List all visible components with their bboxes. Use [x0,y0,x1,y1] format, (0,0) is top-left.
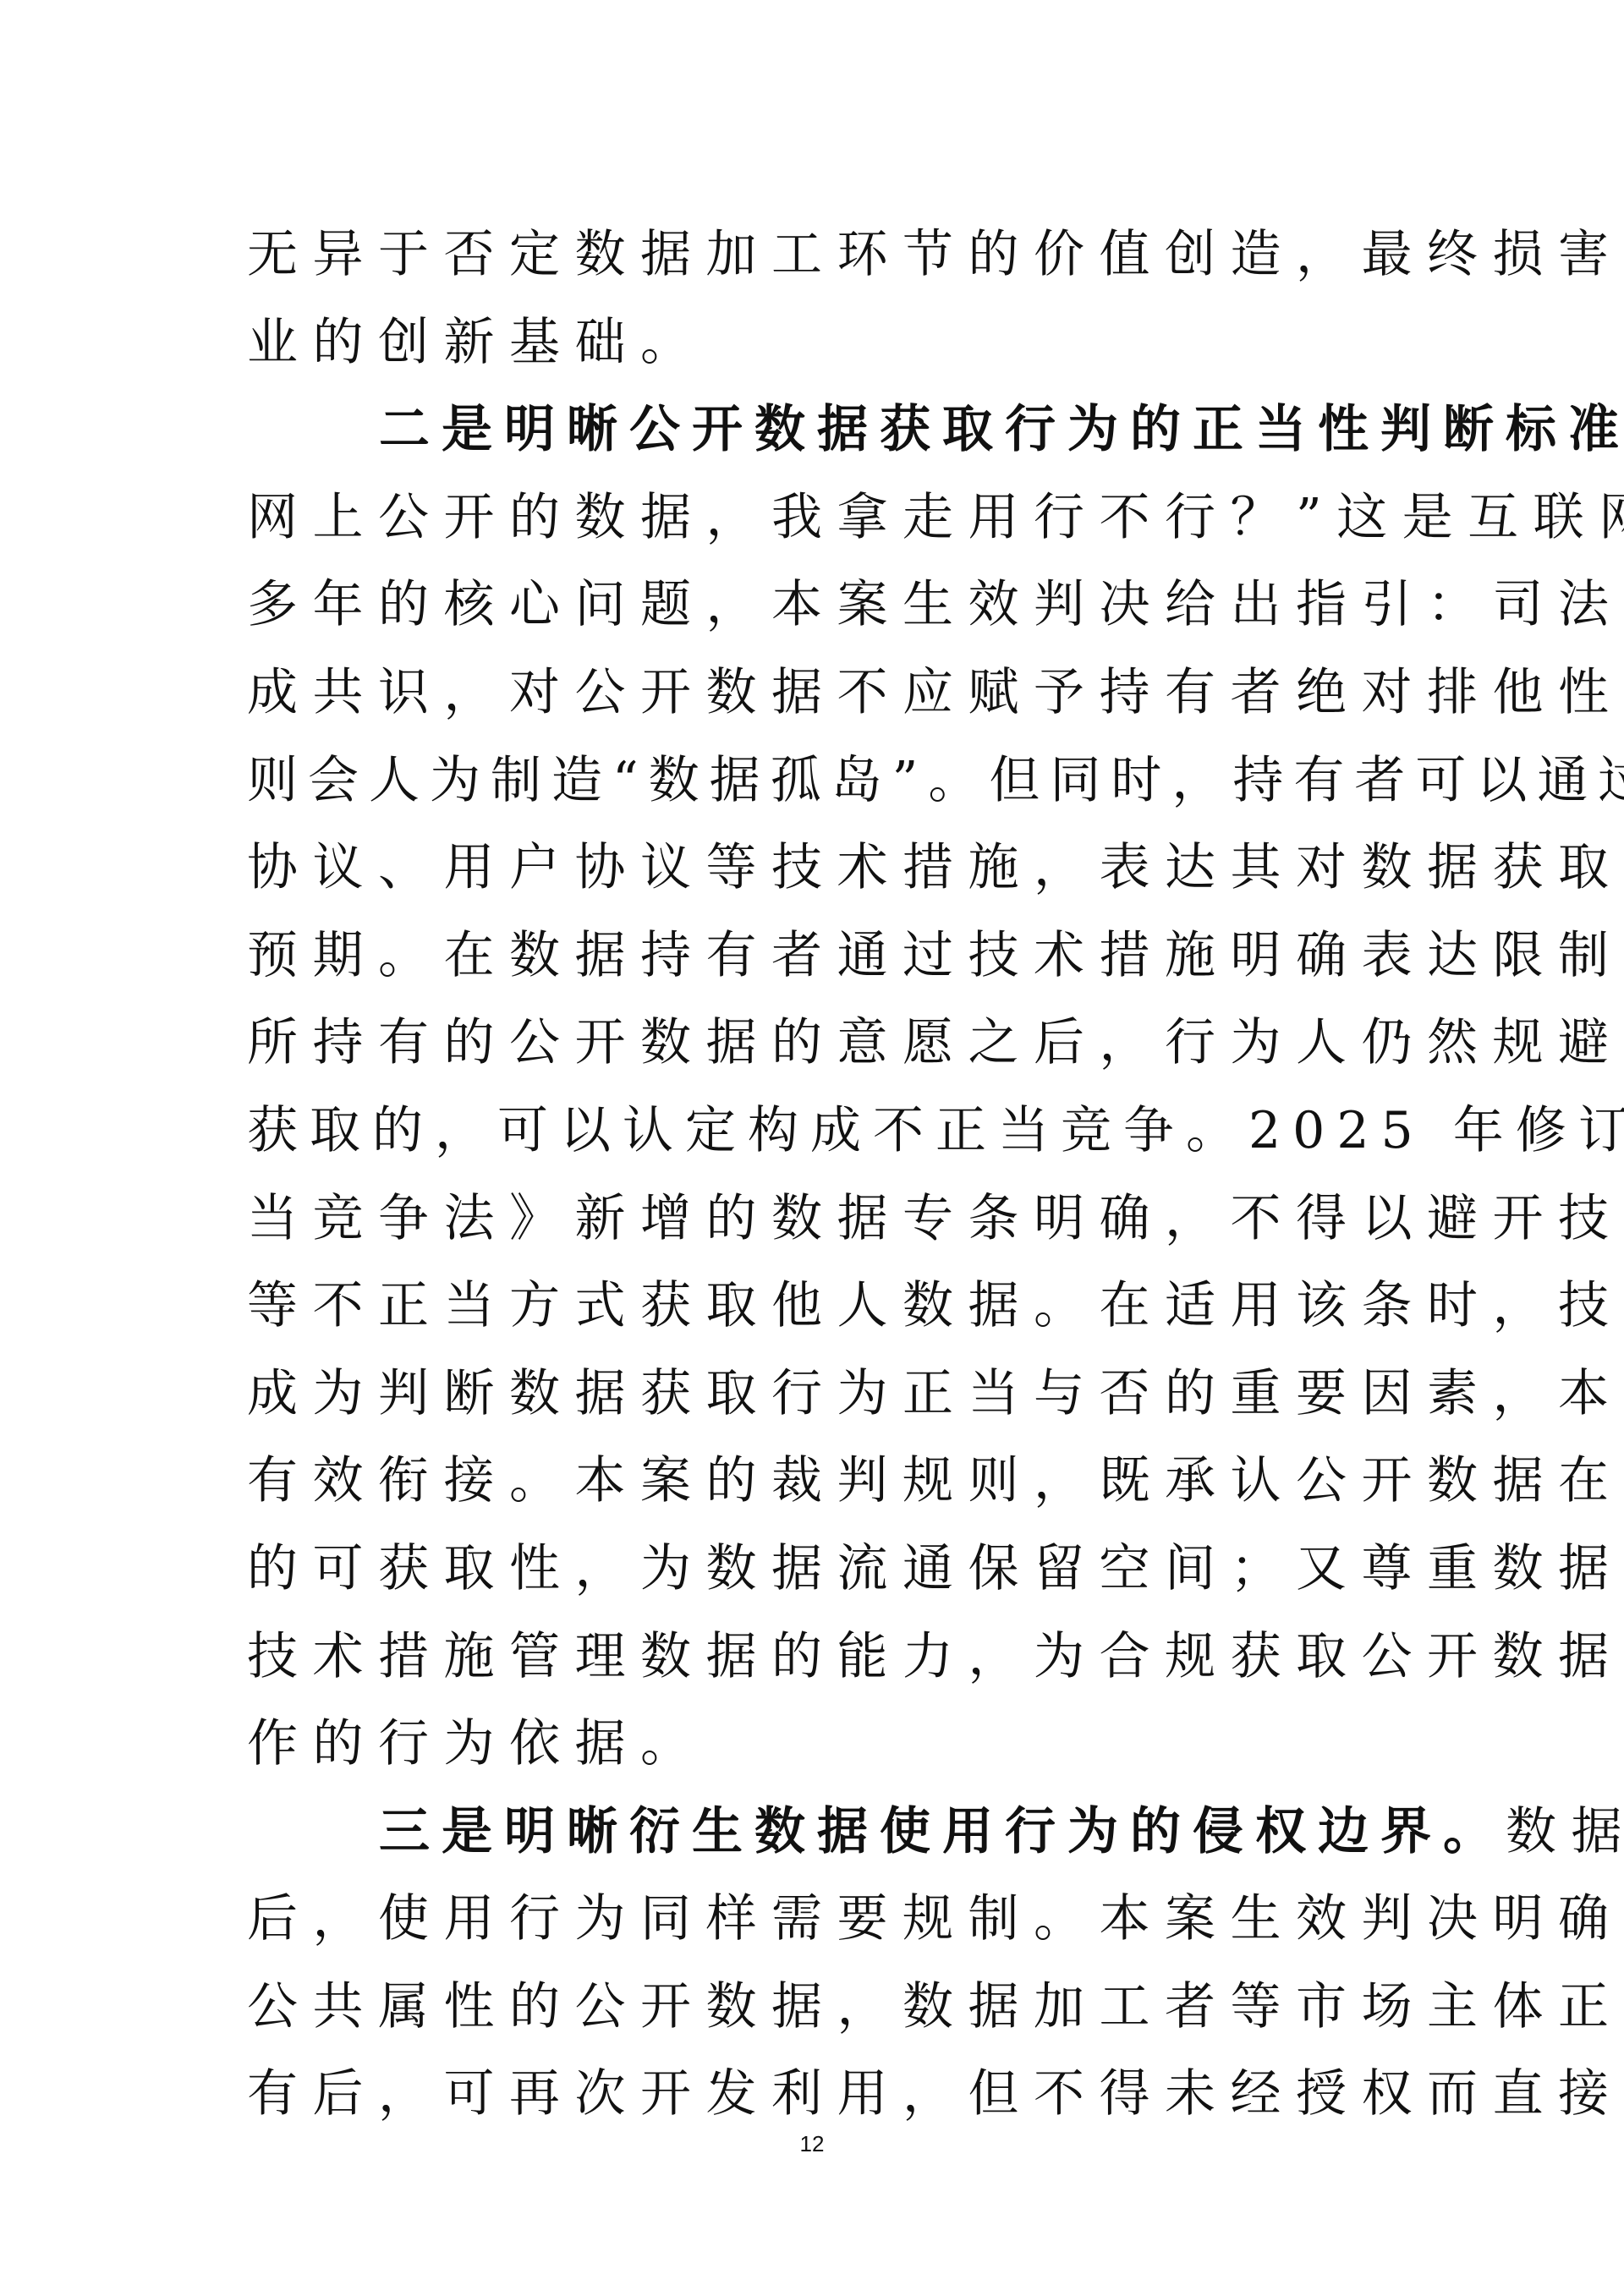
text-line: 协议、用户协议等技术措施，表达其对数据获取方式的合理 [247,825,1380,912]
line-text: 网上公开的数据，我拿走用行不行？”这是互联网行业争议 [247,488,1624,547]
line-text: 作的行为依据。 [247,1714,706,1773]
line-text: 的可获取性，为数据流通保留空间；又尊重数据持有者通过 [247,1539,1624,1598]
text-line: 等不正当方式获取他人数据。在适用该条时，技术管理措施 [247,1263,1380,1351]
line-text: 则会人为制造“数据孤岛”。但同时，持有者可以通过 Robots [247,751,1624,810]
page-number: 12 [0,2131,1624,2157]
line-text: 所持有的公开数据的意愿之后，行为人仍然规避该措施持续 [247,1013,1624,1072]
text-line: 当竞争法》新增的数据专条明确，不得以避开技术管理措施 [247,1175,1380,1263]
section-heading-line: 二是明晰公开数据获取行为的正当性判断标准。“互联 [247,386,1380,474]
text-line: 后，使用行为同样需要规制。本案生效判决明确，对于具有 [247,1876,1380,1964]
line-text: 技术措施管理数据的能力，为合规获取公开数据提供了可操 [247,1627,1624,1686]
line-text: 等不正当方式获取他人数据。在适用该条时，技术管理措施 [247,1276,1624,1335]
line-text: 协议、用户协议等技术措施，表达其对数据获取方式的合理 [247,838,1624,897]
text-line: 多年的核心问题，本案生效判决给出指引：司法实践已经形 [247,562,1380,649]
text-line: 业的创新基础。 [247,299,1380,387]
text-line: 作的行为依据。 [247,1701,1380,1789]
text-line: 获取的，可以认定构成不正当竞争。2025 年修订的《反不正 [247,1088,1380,1175]
text-line: 网上公开的数据，我拿走用行不行？”这是互联网行业争议 [247,474,1380,562]
line-text: 后，使用行为同样需要规制。本案生效判决明确，对于具有 [247,1889,1624,1948]
text-line: 成共识，对公开数据不应赋予持有者绝对排他性的权利，否 [247,649,1380,737]
text-line: 有效衔接。本案的裁判规则，既承认公开数据在一定程度上 [247,1438,1380,1526]
section-heading-line: 三是明晰衍生数据使用行为的侵权边界。数据获取之 [247,1789,1380,1877]
line-text: 成为判断数据获取行为正当与否的重要因素，本案与之形成 [247,1364,1624,1423]
text-line: 公共属性的公开数据，数据加工者等市场主体正当获取、持 [247,1964,1380,2052]
text-line: 所持有的公开数据的意愿之后，行为人仍然规避该措施持续 [247,1000,1380,1088]
text-line: 有后，可再次开发利用，但不得未经授权而直接对外提供实 [247,2051,1380,2139]
line-text: 获取的，可以认定构成不正当竞争。2025 年修订的《反不正 [247,1101,1624,1160]
line-text: 数据获取之 [1506,1802,1624,1861]
line-text: 无异于否定数据加工环节的价值创造，最终损害的是数据产 [247,225,1624,284]
text-line: 成为判断数据获取行为正当与否的重要因素，本案与之形成 [247,1351,1380,1438]
line-text: 预期。在数据持有者通过技术措施明确表达限制他人获取其 [247,926,1624,985]
section-heading-three: 三是明晰衍生数据使用行为的侵权边界。 [379,1802,1506,1861]
text-line: 预期。在数据持有者通过技术措施明确表达限制他人获取其 [247,912,1380,1000]
section-heading-two: 二是明晰公开数据获取行为的正当性判断标准。 [379,400,1624,459]
line-text: 当竞争法》新增的数据专条明确，不得以避开技术管理措施 [247,1189,1624,1248]
line-text: 公共属性的公开数据，数据加工者等市场主体正当获取、持 [247,1977,1624,2036]
line-text: 有效衔接。本案的裁判规则，既承认公开数据在一定程度上 [247,1451,1624,1510]
line-text: 成共识，对公开数据不应赋予持有者绝对排他性的权利，否 [247,663,1624,722]
text-line: 无异于否定数据加工环节的价值创造，最终损害的是数据产 [247,211,1380,299]
text-line: 则会人为制造“数据孤岛”。但同时，持有者可以通过 Robots [247,737,1380,825]
document-body: 无异于否定数据加工环节的价值创造，最终损害的是数据产 业的创新基础。 二是明晰公… [247,211,1380,2139]
line-text: 业的创新基础。 [247,313,706,372]
line-text: 多年的核心问题，本案生效判决给出指引：司法实践已经形 [247,575,1624,634]
text-line: 的可获取性，为数据流通保留空间；又尊重数据持有者通过 [247,1526,1380,1614]
line-text: 有后，可再次开发利用，但不得未经授权而直接对外提供实 [247,2064,1624,2123]
text-line: 技术措施管理数据的能力，为合规获取公开数据提供了可操 [247,1614,1380,1701]
